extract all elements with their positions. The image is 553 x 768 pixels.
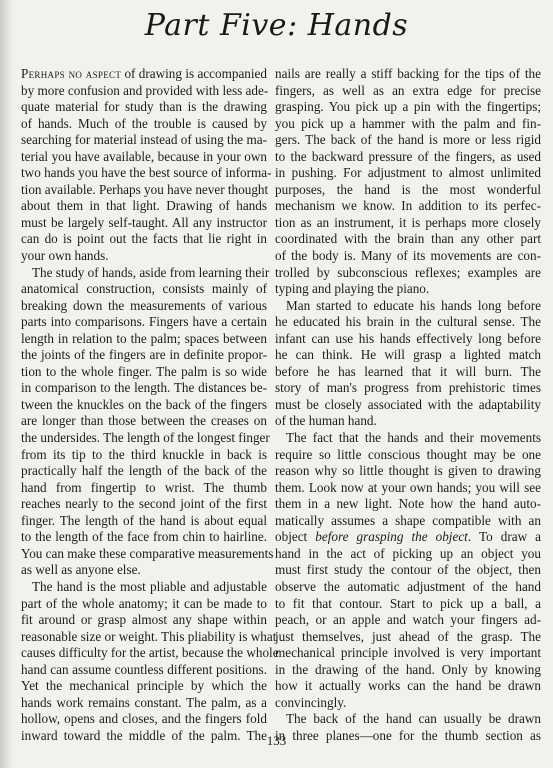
text-line: causes difficulty for the artist, becaus… [21, 645, 267, 662]
text-line: mechanical principle involved is very im… [275, 645, 541, 662]
text-line: you pick up a hammer with the palm and f… [275, 116, 541, 133]
text-line: matically assumes a shape compatible wit… [275, 513, 541, 530]
text-line: must first study the contour of the obje… [275, 562, 541, 579]
text-line: parts into comparisons. Fingers have a c… [21, 314, 267, 331]
text-line: are longer than those between the crease… [21, 413, 267, 430]
text-line: grasping. You pick up a pin with the fin… [275, 99, 541, 116]
text-line: anatomical construction, consists mainly… [21, 281, 267, 298]
paragraph-start: The fact that the hands and their moveme… [275, 430, 541, 447]
text-line: about them in that light. Drawing of han… [21, 198, 267, 215]
text-line: finger. The length of the hand is about … [21, 513, 267, 530]
text-line: hand from fingertip to wrist. The thumb [21, 480, 267, 497]
paragraph-start: The study of hands, aside from learning … [21, 265, 267, 282]
italic-emphasis: before grasping the object [315, 529, 468, 544]
text-line: he educated his brain in the cultural se… [275, 314, 541, 331]
text-line: to the backward pressure of the fingers,… [275, 149, 541, 166]
text-line: as well as anyone else. [21, 562, 267, 579]
text-line: tion as an instrument, it is perhaps mor… [275, 215, 541, 232]
text-line: tion available. Perhaps you have never t… [21, 182, 267, 199]
text-line: hollow, opens and closes, and the finger… [21, 711, 267, 728]
text-line: quate material for study than is the dra… [21, 99, 267, 116]
text-line: the joints of the fingers are in definit… [21, 347, 267, 364]
chapter-title: Part Five: Hands [0, 8, 553, 43]
text-line: practically half the length of the back … [21, 463, 267, 480]
text-line: in pushing. For adjustment to almost unl… [275, 165, 541, 182]
text-line: reason why so little thought is given to… [275, 463, 541, 480]
text-line: fit around or grasp almost any shape wit… [21, 612, 267, 629]
text-line: purposes, the hand is the most wonderful [275, 182, 541, 199]
text-line: of the human hand. [275, 413, 541, 430]
text-line: hands work remains constant. The palm, a… [21, 695, 267, 712]
text-line: gers. The back of the hand is more or le… [275, 132, 541, 149]
text-line: of hands. Much of the trouble is caused … [21, 116, 267, 133]
text-line: Yet the mechanical principle by which th… [21, 678, 267, 695]
text-line: must be closely associated with the adap… [275, 397, 541, 414]
text-line: searching for material instead of using … [21, 132, 267, 149]
text-line: fingers, as well as an extra edge for pr… [275, 83, 541, 100]
text-line: peach, or an apple and watch your finger… [275, 612, 541, 629]
text-line: by more confusion and provided with less… [21, 83, 267, 100]
text-line: Perhaps no aspect of drawing is accompan… [21, 66, 267, 83]
text-line: hand in the act of picking up an object … [275, 546, 541, 563]
text-line: in the drawing of the hand. Only by know… [275, 662, 541, 679]
text-line: require so little conscious thought may … [275, 447, 541, 464]
paragraph-start: The back of the hand can usually be draw… [275, 711, 541, 728]
paragraph-start: Man started to educate his hands long be… [275, 298, 541, 315]
text-line: nails are really a stiff backing for the… [275, 66, 541, 83]
text-line: the undersides. The length of the longes… [21, 430, 267, 447]
text-line: convincingly. [275, 695, 541, 712]
text-line: can do is point out the facts that lie r… [21, 231, 267, 248]
right-text-column: nails are really a stiff backing for the… [275, 66, 541, 744]
text-line: in comparison to the length. The distanc… [21, 380, 267, 397]
text-line: trolled by subconscious reflexes; exampl… [275, 265, 541, 282]
text-line: mechanism we know. In addition to its pe… [275, 198, 541, 215]
text-line: hand can assume countless different posi… [21, 662, 267, 679]
text-line: reasonable size or weight. This pliabili… [21, 629, 267, 646]
text-line: typing and playing the piano. [275, 281, 541, 298]
text-line: of the body is. Many of its movements ar… [275, 248, 541, 265]
text-line: object before grasping the object. To dr… [275, 529, 541, 546]
text-line: them. Look now at your own hands; you wi… [275, 480, 541, 497]
left-text-column: Perhaps no aspect of drawing is accompan… [21, 66, 267, 744]
text-line: reaches nearly to the second joint of th… [21, 496, 267, 513]
text-line: from its tip to the third knuckle in bac… [21, 447, 267, 464]
text-line: observe the automatic adjustment of the … [275, 579, 541, 596]
text-line: infant can use his hands effectively lon… [275, 331, 541, 348]
text-line: tween the knuckles on the back of the fi… [21, 397, 267, 414]
text-line: part of the whole anatomy; it can be mad… [21, 596, 267, 613]
text-line: your own hands. [21, 248, 267, 265]
text-line: terial you have available, because in yo… [21, 149, 267, 166]
text-line: tion to the whole finger. The palm is so… [21, 364, 267, 381]
text-line: how it actually works can the hand be dr… [275, 678, 541, 695]
text-line: before he has learned that it will burn.… [275, 364, 541, 381]
lead-smallcaps: Perhaps no aspect [21, 66, 121, 81]
paragraph-start: The hand is the most pliable and adjusta… [21, 579, 267, 596]
text-line: story of man's progress from prehistoric… [275, 380, 541, 397]
text-line: length in relation to the palm; spaces b… [21, 331, 267, 348]
page-number: 133 [0, 733, 553, 749]
text-line: two hands you have the best source of in… [21, 165, 267, 182]
text-line: coordinated with the brain than any othe… [275, 231, 541, 248]
text-line: to the length of the face from chin to h… [21, 529, 267, 546]
text-line: You can make these comparative measureme… [21, 546, 267, 563]
text-line: breaking down the measurements of variou… [21, 298, 267, 315]
text-line: just themselves, just ahead of the grasp… [275, 629, 541, 646]
text-line: must be largely self-taught. All any ins… [21, 215, 267, 232]
book-gutter-shadow [0, 0, 14, 768]
text-line: them in a new light. Note how the hand a… [275, 496, 541, 513]
text-line: he can think. He will grasp a lighted ma… [275, 347, 541, 364]
text-line: to fit that contour. Start to pick up a … [275, 596, 541, 613]
